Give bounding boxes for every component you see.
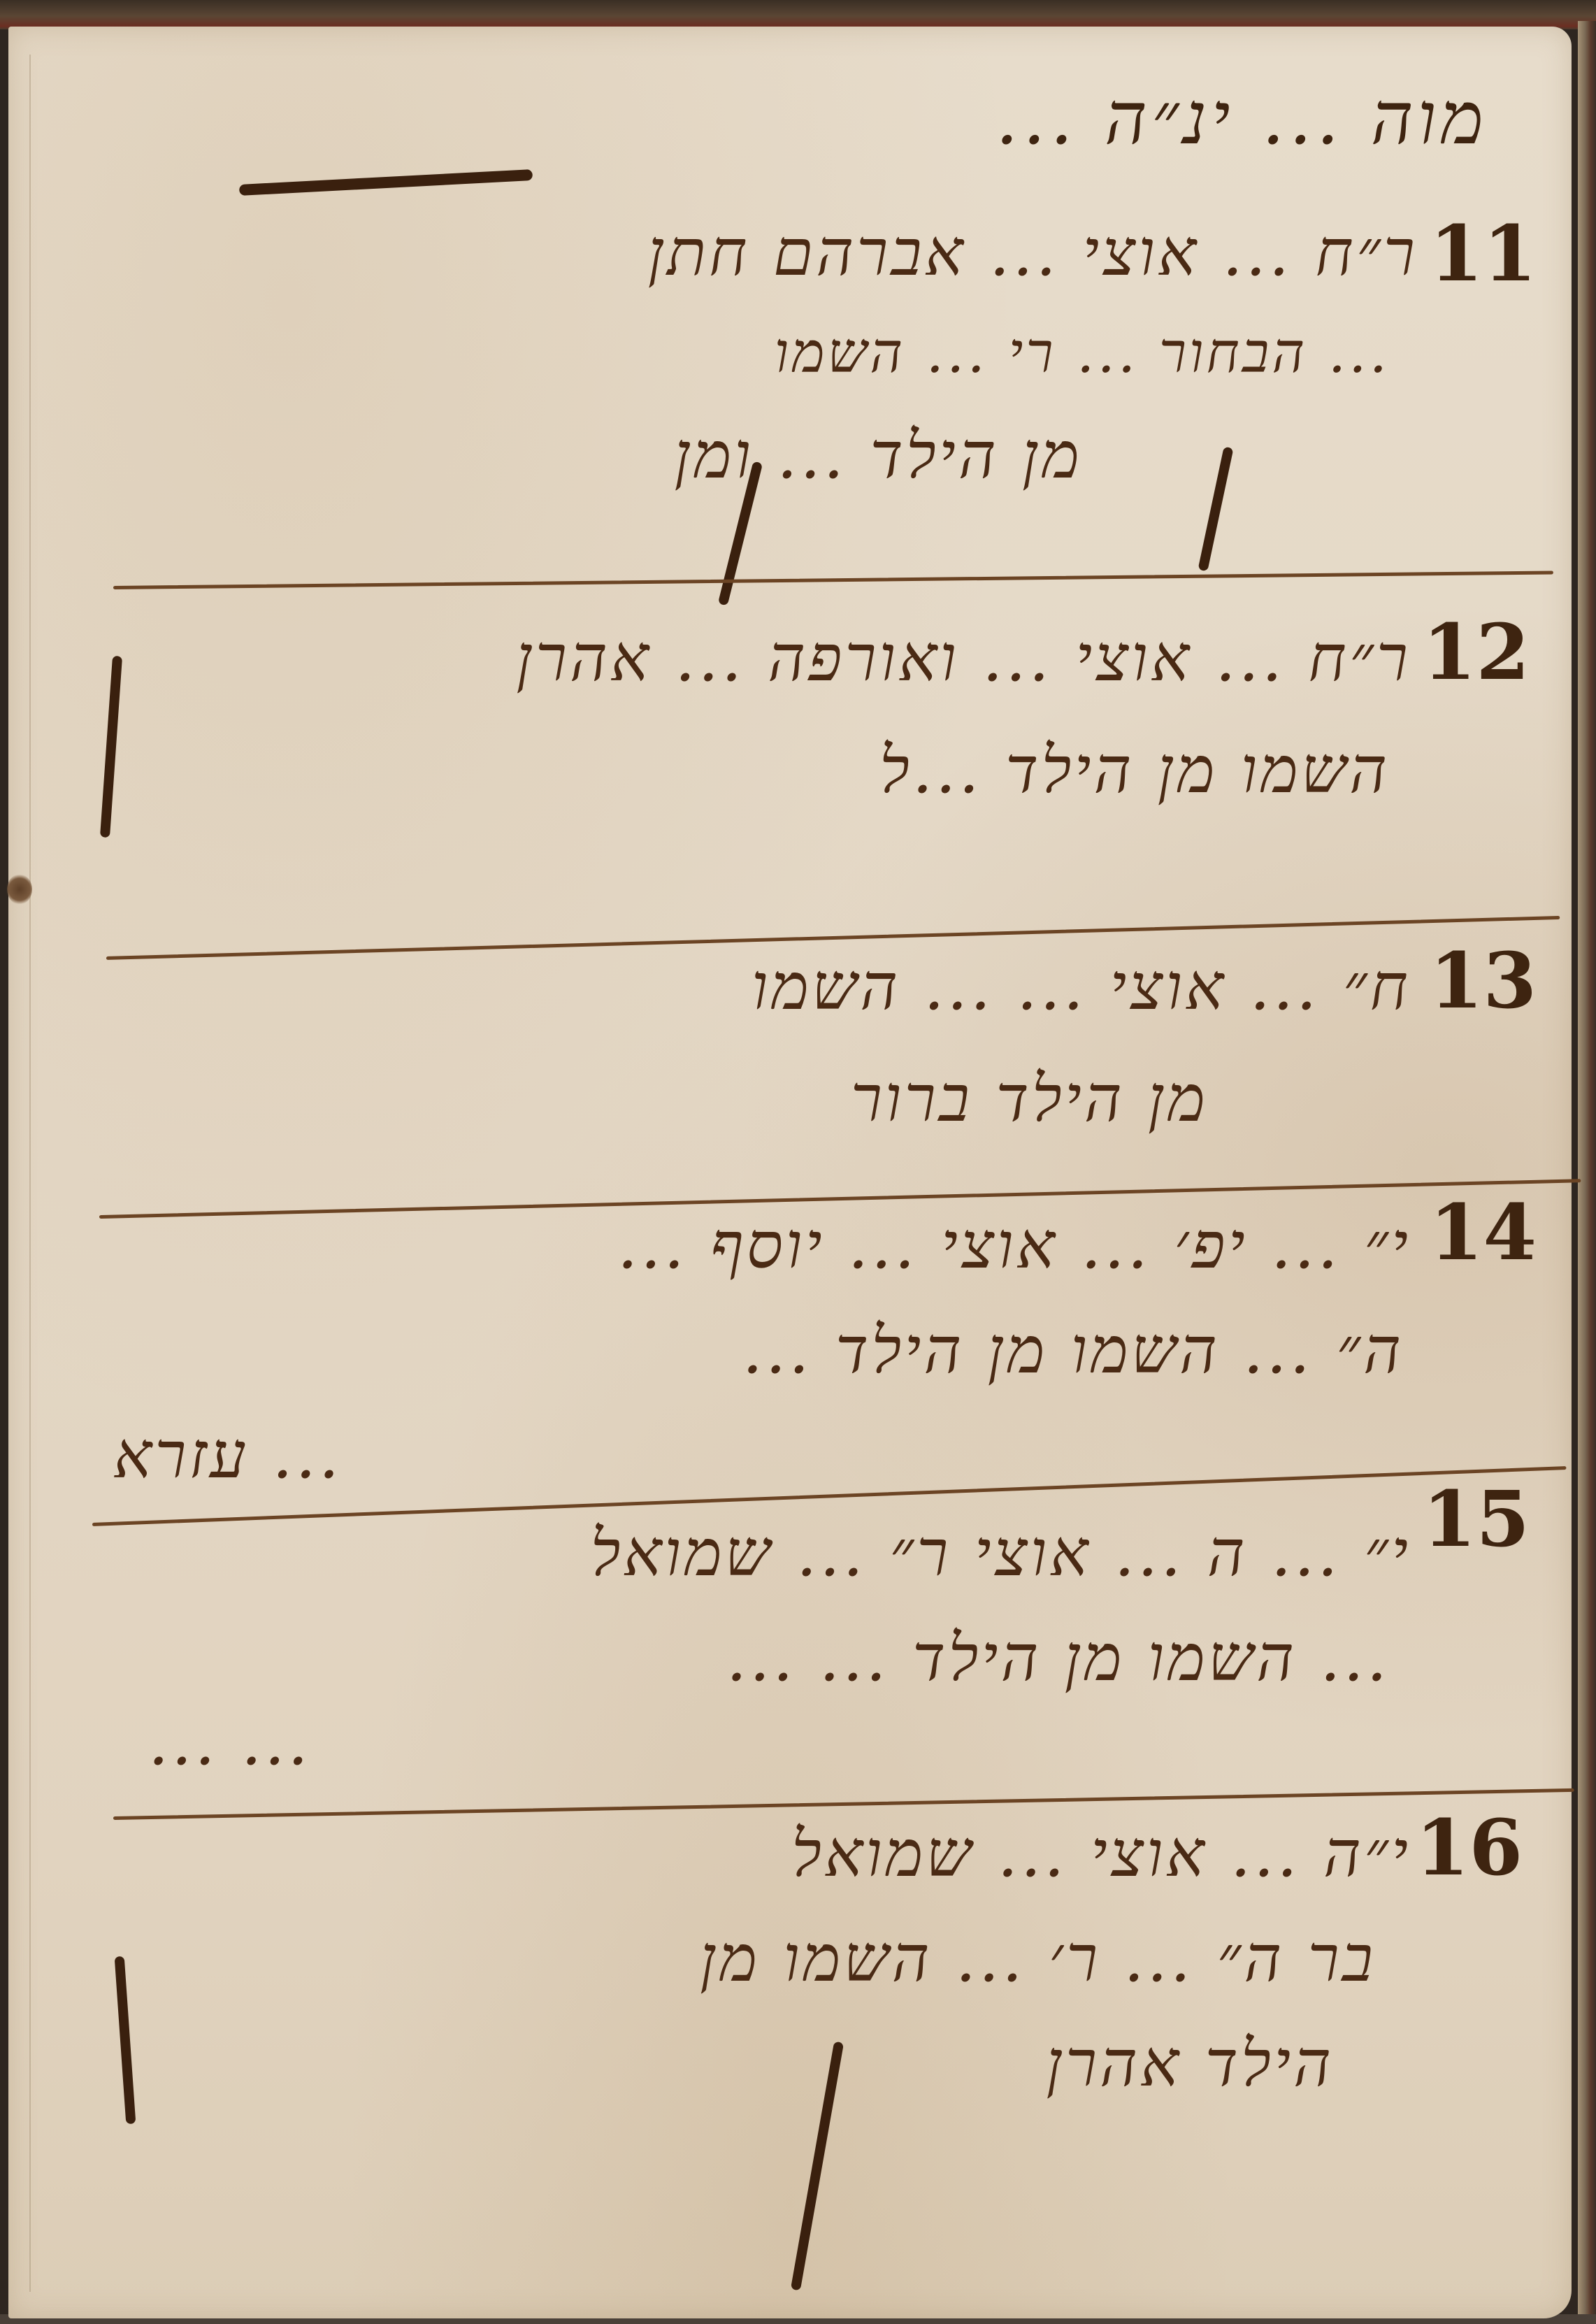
- entry-line: י״ ... יפ׳ ... אוצי ... יוסף ...: [617, 1208, 1411, 1283]
- page-header: מוה ... ינ״ה ...: [995, 76, 1488, 161]
- entry-number: 15: [1423, 1474, 1530, 1564]
- divider-line: [113, 571, 1553, 589]
- entry-line: ... ...: [148, 1705, 311, 1779]
- entry-number: 11: [1430, 208, 1537, 299]
- manuscript-page: מוה ... ינ״ה ... 11 ר״ח ... אוצי ... אבר…: [8, 27, 1572, 2318]
- entry-line: ר״ח ... אוצי ... אברהם חתן: [648, 215, 1418, 290]
- book-binding-right: [1578, 21, 1596, 2324]
- entry-line: ... עזרא: [113, 1418, 342, 1493]
- entry-line: י״ ... ה ... אוצי ר״ ... שמואל: [590, 1516, 1411, 1591]
- divider-line: [113, 1788, 1574, 1820]
- entry-number: 13: [1430, 935, 1537, 1026]
- descender-stroke: [1198, 447, 1233, 572]
- descender-stroke: [100, 656, 122, 838]
- entry-line: י״ה ... אוצי ... שמואל: [791, 1816, 1411, 1891]
- entry-line: מן הילד ... ומן: [674, 418, 1082, 493]
- entry-line: ח״ ... אוצי ... ... השמו: [752, 949, 1411, 1024]
- entry-number: 12: [1423, 607, 1530, 697]
- ink-blot-stain: [7, 874, 32, 905]
- entry-line: ר״ח ... אוצי ... ואורפה ... אהרן: [516, 621, 1411, 696]
- entry-line: ... הבחור ... רי ... השמו: [775, 320, 1390, 386]
- entry-line: ... השמו מן הילד ... ...: [726, 1621, 1390, 1695]
- entry-line: מן הילד ברור: [851, 1061, 1208, 1136]
- entry-line: הילד אהרן: [1046, 2026, 1334, 2101]
- entry-number: 14: [1430, 1187, 1537, 1277]
- descender-stroke: [791, 2042, 844, 2291]
- entry-line: ה״ ... השמו מן הילד ...: [742, 1313, 1404, 1388]
- book-binding-top: [0, 0, 1596, 29]
- descender-stroke: [115, 1956, 136, 2124]
- gutter-crease: [29, 55, 31, 2292]
- entry-line: בר ה״ ... ר׳ ... השמו מן: [700, 1921, 1376, 1996]
- entry-line: השמו מן הילד ...ל: [879, 733, 1390, 808]
- entry-number: 16: [1416, 1802, 1523, 1893]
- header-flourish: [239, 169, 533, 196]
